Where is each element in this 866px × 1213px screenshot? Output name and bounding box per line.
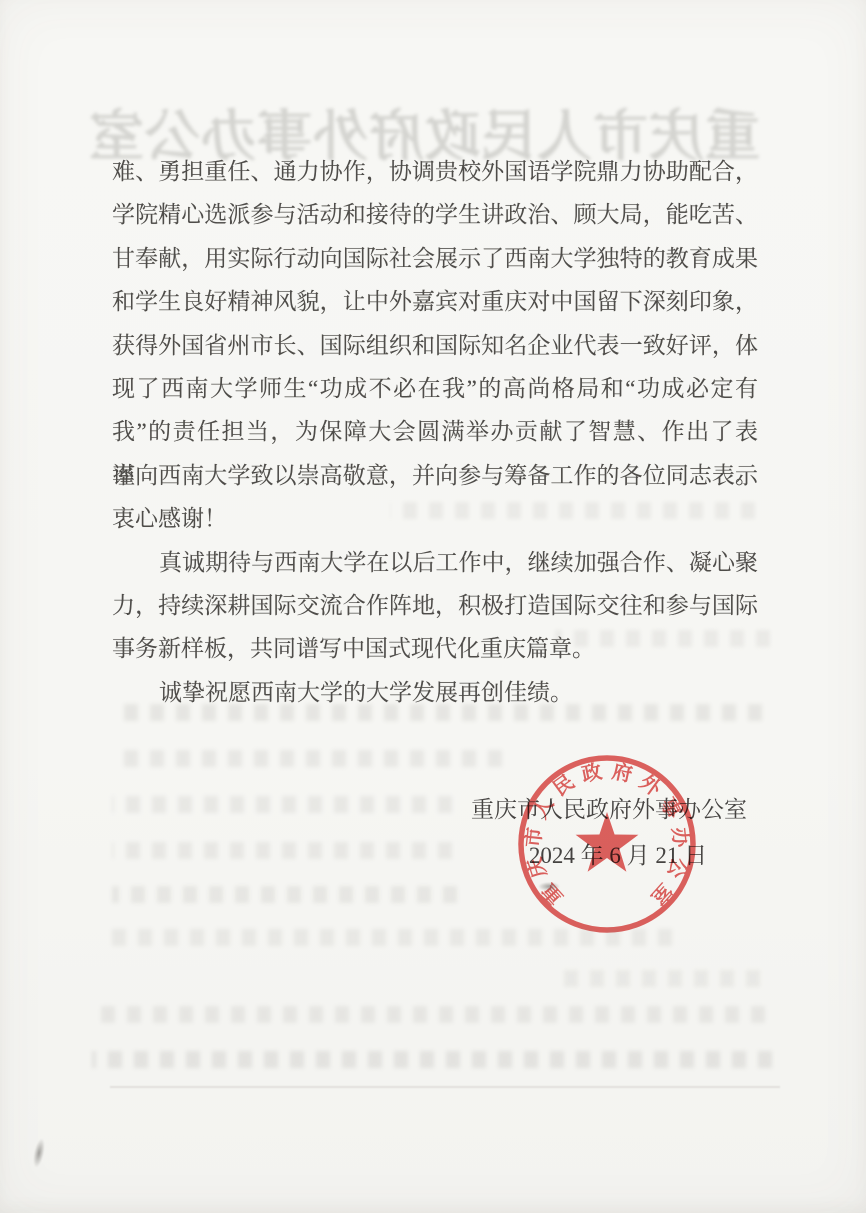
seal-arc-char: 办 [668, 826, 694, 849]
body-line: 现了西南大学师生“功成不必在我”的高尚格局和“功成必定有 [112, 367, 758, 410]
body-line: 和学生良好精神风貌，让中外嘉宾对重庆对中国留下深刻印象， [112, 280, 758, 323]
body-line: 事务新样板，共同谱写中国式现代化重庆篇章。 [112, 627, 758, 670]
body-line: 我”的责任担当，为保障大会圆满举办贡献了智慧、作出了表率。 [112, 410, 758, 453]
body-line: 学院精心选派参与活动和接待的学生讲政治、顾大局，能吃苦、 [112, 193, 758, 236]
body-line: 诚挚祝愿西南大学的大学发展再创佳绩。 [112, 671, 758, 714]
body-line: 真诚期待与西南大学在以后工作中，继续加强合作、凝心聚 [112, 541, 758, 584]
bleedthrough-row [555, 970, 760, 987]
letter-body: 难、勇担重任、通力协作，协调贵校外国语学院鼎力协助配合， 学院精心选派参与活动和… [112, 150, 758, 714]
scan-smudge [538, 882, 560, 891]
scanned-letter-page: 重庆市人民政府外事办公室 难、勇担重任、通力协作，协调贵校外国语学院鼎力协助配合… [0, 0, 866, 1213]
scan-smudge [31, 1137, 47, 1168]
star-icon [576, 812, 639, 872]
bleedthrough-row [92, 1051, 772, 1068]
body-line: 难、勇担重任、通力协作，协调贵校外国语学院鼎力协助配合， [112, 150, 758, 193]
bleedthrough-row [112, 842, 452, 859]
bleedthrough-row [95, 1006, 765, 1023]
body-line: 谨向西南大学致以崇高敬意，并向参与筹备工作的各位同志表示 [112, 454, 758, 497]
official-seal: 重庆市人民政府外事办公室 [487, 724, 727, 964]
bleedthrough-row [112, 796, 452, 813]
body-line: 甘奉献，用实际行动向国际社会展示了西南大学独特的教育成果 [112, 237, 758, 280]
bleedthrough-row [112, 750, 502, 767]
seal-arc-char: 市 [520, 826, 546, 848]
body-line: 衷心感谢！ [112, 497, 758, 540]
bleedthrough-row [112, 886, 457, 903]
body-line: 获得外国省州市长、国际组织和国际知名企业代表一致好评，体 [112, 324, 758, 367]
seal-arc-char: 室 [646, 879, 677, 910]
bleedthrough-rule [110, 1086, 780, 1088]
body-line: 力，持续深耕国际交流合作阵地，积极打造国际交往和参与国际 [112, 584, 758, 627]
